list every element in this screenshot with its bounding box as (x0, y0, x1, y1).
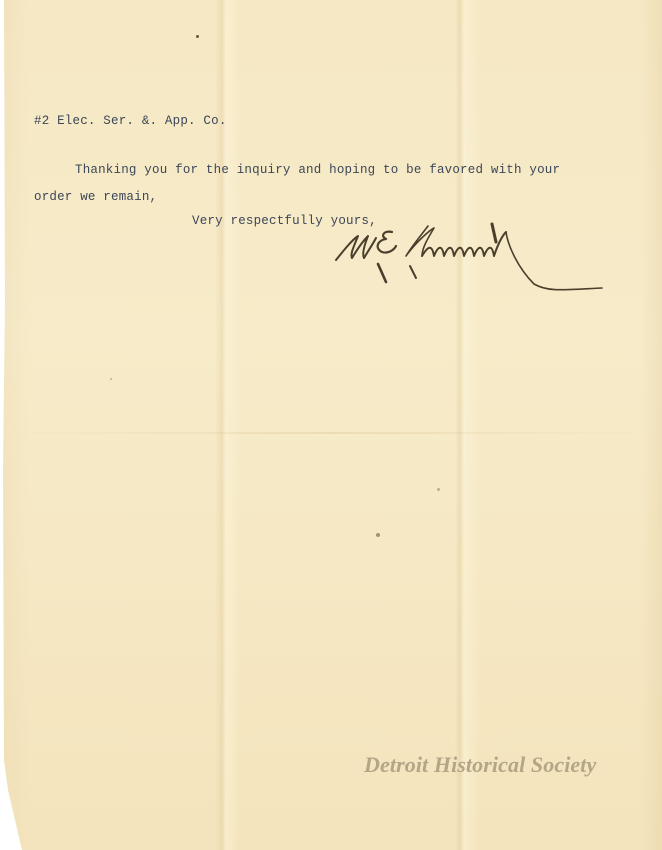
paper-speck (196, 35, 199, 38)
body-text-line-1: Thanking you for the inquiry and hoping … (75, 163, 560, 177)
paper-speck (376, 533, 380, 537)
paper-fold-line (0, 432, 662, 434)
handwritten-signature (330, 222, 615, 294)
letter-page: #2 Elec. Ser. &. App. Co. Thanking you f… (0, 0, 662, 850)
watermark-detroit-historical-society: Detroit Historical Society (364, 752, 596, 778)
paper-speck (437, 488, 440, 491)
body-text-line-2: order we remain, (34, 190, 157, 204)
reference-line: #2 Elec. Ser. &. App. Co. (34, 114, 227, 128)
paper-speck (110, 378, 112, 380)
